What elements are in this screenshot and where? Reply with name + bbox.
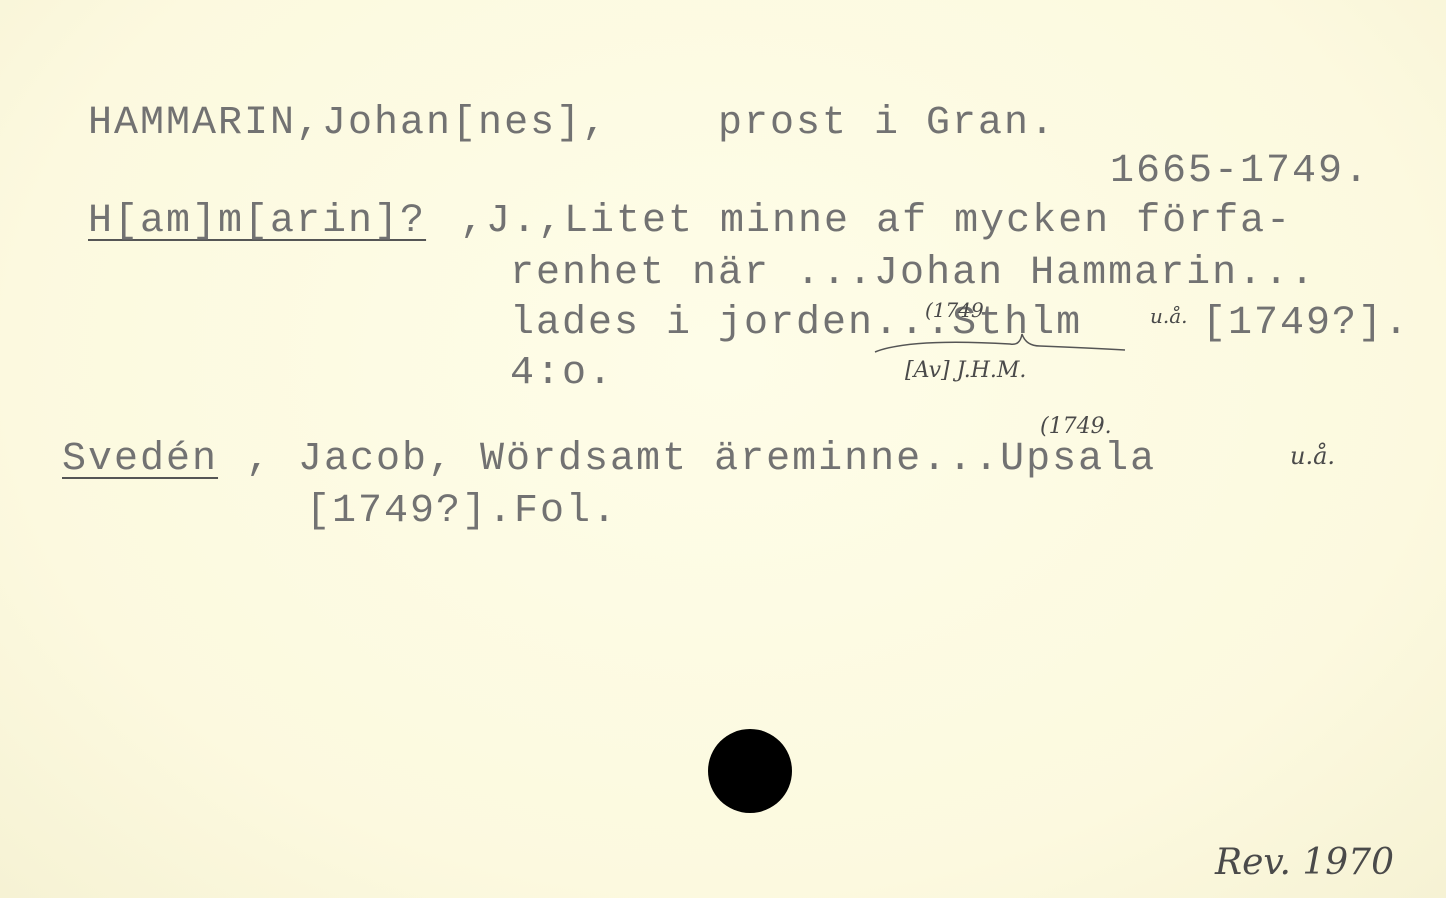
brace-mark — [870, 330, 1130, 360]
heading-title: prost i Gran. — [718, 100, 1056, 148]
entry-2-line-2: [1749?].Fol. — [306, 488, 618, 536]
entry-1-line-2: renhet när ...Johan Hammarin... — [510, 250, 1316, 298]
revision-note: Rev. 1970 — [1215, 842, 1394, 883]
entry-1-line-5: 4:o. — [510, 350, 614, 398]
catalog-card: HAMMARIN,Johan[nes], prost i Gran. 1665-… — [0, 0, 1446, 898]
entry-1-place-note: u.å. — [1150, 304, 1188, 328]
entry-1-author: H[am]m[arin]? — [88, 198, 426, 246]
entry-2-author: Svedén — [62, 436, 218, 484]
heading-dates: 1665-1749. — [1110, 148, 1370, 196]
heading-name: HAMMARIN,Johan[nes], — [88, 100, 608, 148]
entry-1-line-4: [1749?]. — [1202, 300, 1410, 348]
entry-2-line-1: , Jacob, Wördsamt äreminne...Upsala — [246, 436, 1156, 484]
entry-2-year-note: (1749. — [1040, 414, 1112, 439]
entry-1-year-note: (1749 — [925, 298, 984, 322]
entry-1-author-note: [Av] J.H.M. — [905, 358, 1026, 383]
entry-2-place-note: u.å. — [1290, 442, 1335, 470]
entry-1-line-1: ,J.,Litet minne af mycken förfa- — [460, 198, 1292, 246]
punch-hole — [708, 729, 792, 813]
